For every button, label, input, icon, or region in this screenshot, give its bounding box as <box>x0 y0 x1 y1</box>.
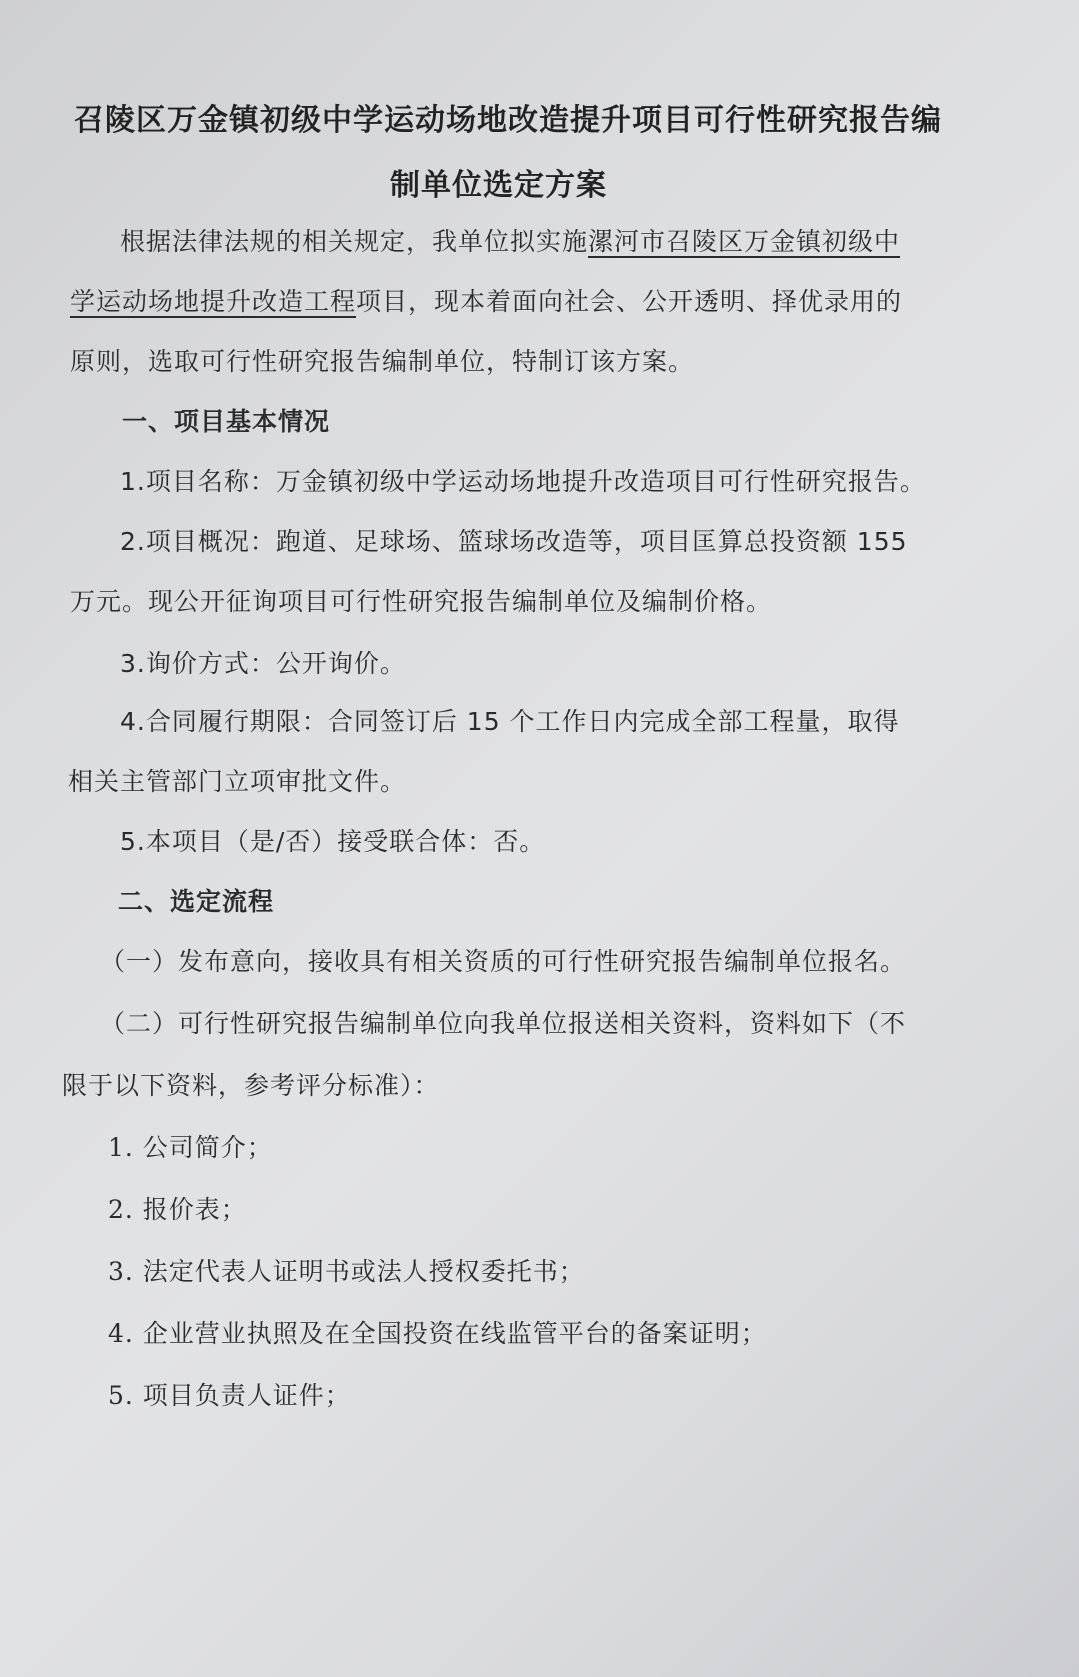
section-heading-basic-info: 一、项目基本情况 <box>122 402 330 438</box>
section1-item: 相关主管部门立项审批文件。 <box>68 762 406 798</box>
section1-item: 1.项目名称：万金镇初级中学运动场地提升改造项目可行性研究报告。 <box>120 462 926 498</box>
intro-text: 根据法律法规的相关规定，我单位拟实施 <box>120 227 588 256</box>
process-paragraph: （一）发布意向，接收具有相关资质的可行性研究报告编制单位报名。 <box>100 942 906 978</box>
intro-text: 项目，现本着面向社会、公开透明、择优录用的 <box>356 287 902 316</box>
document-title-line-1: 召陵区万金镇初级中学运动场地改造提升项目可行性研究报告编 <box>74 95 942 139</box>
materials-item: 4. 企业营业执照及在全国投资在线监管平台的备案证明； <box>108 1314 767 1350</box>
materials-item: 1. 公司简介； <box>108 1128 273 1164</box>
section1-item: 2.项目概况：跑道、足球场、篮球场改造等，项目匡算总投资额 155 <box>120 522 908 558</box>
section1-item: 3.询价方式：公开询价。 <box>120 644 406 680</box>
process-paragraph: 限于以下资料，参考评分标准）： <box>62 1066 440 1102</box>
intro-paragraph-line-3: 原则，选取可行性研究报告编制单位，特制订该方案。 <box>70 342 694 378</box>
materials-item: 5. 项目负责人证件； <box>108 1376 351 1412</box>
section1-item: 万元。现公开征询项目可行性研究报告编制单位及编制价格。 <box>70 582 772 618</box>
project-name-underlined: 学运动场地提升改造工程 <box>70 287 356 316</box>
intro-paragraph-line-1: 根据法律法规的相关规定，我单位拟实施漯河市召陵区万金镇初级中 <box>120 222 900 258</box>
section-heading-selection-process: 二、选定流程 <box>118 882 274 918</box>
process-paragraph: （二）可行性研究报告编制单位向我单位报送相关资料，资料如下（不 <box>100 1004 906 1040</box>
materials-item: 2. 报价表； <box>108 1190 247 1226</box>
document-title-line-2: 制单位选定方案 <box>390 160 607 204</box>
section1-item: 4.合同履行期限：合同签订后 15 个工作日内完成全部工程量，取得 <box>120 702 900 738</box>
materials-item: 3. 法定代表人证明书或法人授权委托书； <box>108 1252 585 1288</box>
section1-item: 5.本项目（是/否）接受联合体：否。 <box>120 822 545 858</box>
project-name-underlined: 漯河市召陵区万金镇初级中 <box>588 227 900 256</box>
intro-paragraph-line-2: 学运动场地提升改造工程项目，现本着面向社会、公开透明、择优录用的 <box>70 282 902 318</box>
document-page: 召陵区万金镇初级中学运动场地改造提升项目可行性研究报告编 制单位选定方案 根据法… <box>0 0 1079 1677</box>
